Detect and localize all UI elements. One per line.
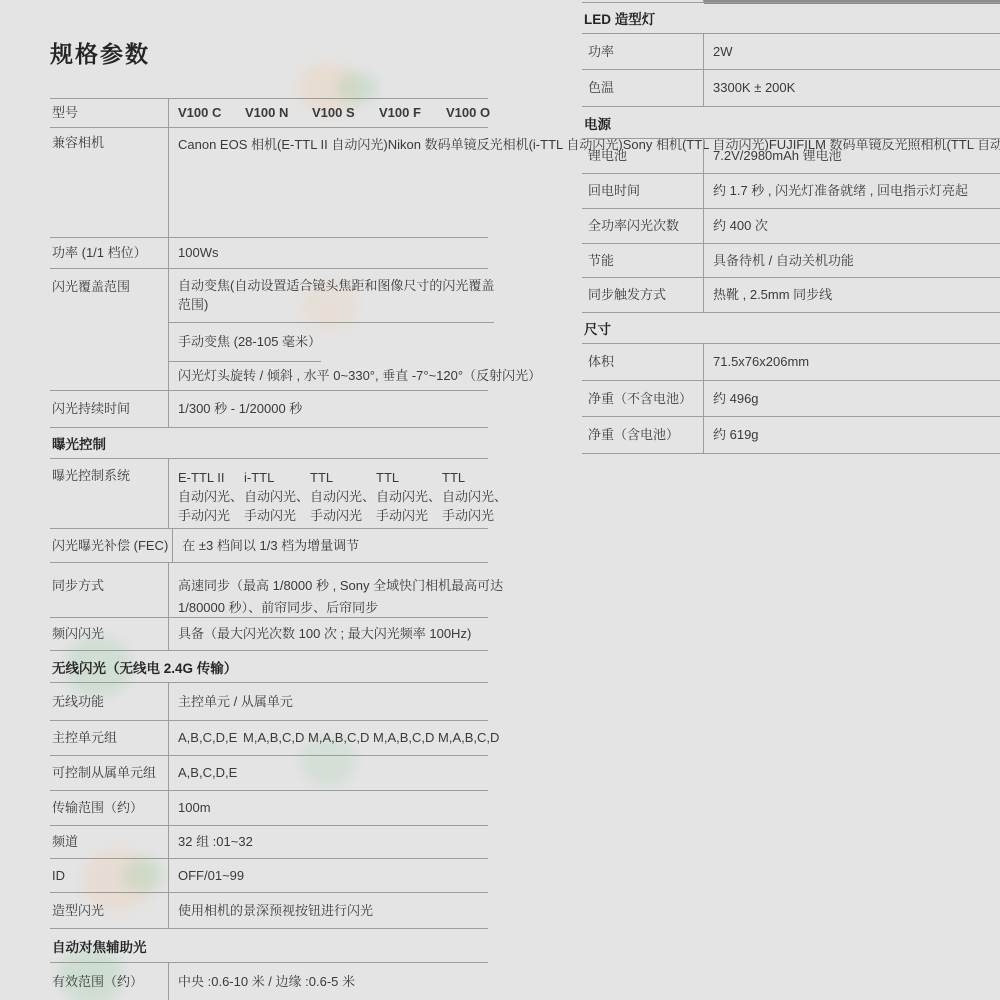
id-value: OFF/01~99 (169, 859, 488, 892)
flash-duration-label: 闪光持续时间 (50, 391, 169, 427)
exposure-col-ttl-f: TTL自动闪光、手动闪光 (376, 468, 442, 525)
master-groups-n: M,A,B,C,D (243, 730, 308, 746)
row-volume: 体积 71.5x76x206mm (582, 344, 1000, 381)
exposure-col-ittl: i-TTL自动闪光、手动闪光 (244, 468, 310, 525)
row-flash-coverage: 闪光覆盖范围 自动变焦(自动设置适合镜头焦距和图像尺寸的闪光覆盖 范围) 手动变… (50, 269, 488, 391)
section-exposure-control: 曝光控制 (50, 428, 488, 459)
model-v100n: V100 N (245, 105, 312, 121)
net-weight-no-batt-label: 净重（不含电池） (582, 381, 704, 416)
energy-save-label: 节能 (582, 244, 704, 277)
master-groups-c: A,B,C,D,E (178, 730, 243, 746)
battery-label: 锂电池 (582, 139, 704, 173)
row-net-weight-no-batt: 净重（不含电池） 约 496g (582, 381, 1000, 417)
model-v100c: V100 C (178, 105, 245, 121)
transmission-range-value: 100m (169, 791, 488, 825)
row-model: 型号 V100 C V100 N V100 S V100 F V100 O (50, 99, 488, 128)
row-modeling-flash: 造型闪光 使用相机的景深预视按钮进行闪光 (50, 893, 488, 929)
row-net-weight-with-batt: 净重（含电池） 约 619g (582, 417, 1000, 454)
row-strobe-flash: 频闪闪光 具备（最大闪光次数 100 次 ; 最大闪光频率 100Hz) (50, 618, 488, 651)
section-led-modeling-lamp: LED 造型灯 (582, 3, 1000, 34)
row-recycle-time: 回电时间 约 1.7 秒 , 闪光灯准备就绪 , 回电指示灯亮起 (582, 174, 1000, 209)
transmission-range-label: 传输范围（约） (50, 791, 169, 825)
master-groups-value: A,B,C,D,E M,A,B,C,D M,A,B,C,D M,A,B,C,D … (169, 721, 499, 755)
led-power-value: 2W (704, 34, 1000, 69)
recycle-time-value: 约 1.7 秒 , 闪光灯准备就绪 , 回电指示灯亮起 (704, 174, 1000, 208)
power-label: 功率 (1/1 档位） (50, 238, 169, 268)
slave-groups-label: 可控制从属单元组 (50, 756, 169, 790)
energy-save-value: 具备待机 / 自动关机功能 (704, 244, 1000, 277)
recycle-time-label: 回电时间 (582, 174, 704, 208)
master-groups-label: 主控单元组 (50, 721, 169, 755)
model-label: 型号 (50, 99, 169, 127)
id-label: ID (50, 859, 169, 892)
coverage-auto-line1: 自动变焦(自动设置适合镜头焦距和图像尺寸的闪光覆盖 (178, 276, 494, 295)
row-channel: 频道 32 组 :01~32 (50, 826, 488, 859)
slave-groups-value: A,B,C,D,E (169, 756, 488, 790)
row-sync-mode: 同步方式 高速同步（最高 1/8000 秒 , Sony 全域快门相机最高可达 … (50, 563, 488, 618)
row-slave-groups: 可控制从属单元组 A,B,C,D,E (50, 756, 488, 791)
fec-value: 在 ±3 档间以 1/3 档为增量调节 (173, 529, 488, 562)
net-weight-with-batt-label: 净重（含电池） (582, 417, 704, 453)
sync-mode-value: 高速同步（最高 1/8000 秒 , Sony 全域快门相机最高可达 1/800… (169, 563, 503, 617)
battery-value: 7.2V/2980mAh 锂电池 (704, 139, 1000, 173)
row-color-temp: 色温 3300K ± 200K (582, 70, 1000, 107)
exposure-system-label: 曝光控制系统 (50, 459, 169, 528)
color-temp-label: 色温 (582, 70, 704, 106)
row-master-groups: 主控单元组 A,B,C,D,E M,A,B,C,D M,A,B,C,D M,A,… (50, 721, 488, 756)
row-wireless-function: 无线功能 主控单元 / 从属单元 (50, 683, 488, 721)
row-energy-save: 节能 具备待机 / 自动关机功能 (582, 244, 1000, 278)
sync-trigger-label: 同步触发方式 (582, 278, 704, 312)
flash-coverage-label: 闪光覆盖范围 (50, 269, 169, 390)
row-transmission-range: 传输范围（约） 100m (50, 791, 488, 826)
model-values: V100 C V100 N V100 S V100 F V100 O (169, 99, 490, 127)
section-dimensions: 尺寸 (582, 313, 1000, 344)
full-power-flashes-label: 全功率闪光次数 (582, 209, 704, 243)
af-range-value: 中央 :0.6-10 米 / 边缘 :0.6-5 米 (169, 963, 488, 1000)
modeling-flash-value: 使用相机的景深预视按钮进行闪光 (169, 893, 488, 928)
section-wireless-flash: 无线闪光（无线电 2.4G 传输） (50, 651, 488, 683)
strobe-flash-label: 频闪闪光 (50, 618, 169, 650)
sync-line1: 高速同步（最高 1/8000 秒 , Sony 全域快门相机最高可达 (178, 575, 503, 597)
volume-label: 体积 (582, 344, 704, 380)
coverage-head-rotation: 闪光灯头旋转 / 倾斜 , 水平 0~330°, 垂直 -7°~120°（反射闪… (169, 362, 541, 390)
row-flash-duration: 闪光持续时间 1/300 秒 - 1/20000 秒 (50, 391, 488, 428)
model-v100f: V100 F (379, 105, 446, 121)
strobe-flash-value: 具备（最大闪光次数 100 次 ; 最大闪光频率 100Hz) (169, 618, 488, 650)
coverage-manual-zoom: 手动变焦 (28-105 毫米） (169, 323, 321, 363)
power-value: 100Ws (169, 238, 488, 268)
exposure-col-ttl-s: TTL自动闪光、手动闪光 (310, 468, 376, 525)
flash-duration-value: 1/300 秒 - 1/20000 秒 (169, 391, 488, 427)
row-battery: 锂电池 7.2V/2980mAh 锂电池 (582, 139, 1000, 174)
exposure-system-value: E-TTL II自动闪光、手动闪光 i-TTL自动闪光、手动闪光 TTL自动闪光… (169, 459, 507, 528)
row-id: ID OFF/01~99 (50, 859, 488, 893)
compatible-cameras-label: 兼容相机 (50, 128, 169, 237)
fec-label: 闪光曝光补偿 (FEC) (50, 529, 173, 562)
row-full-power-flashes: 全功率闪光次数 约 400 次 (582, 209, 1000, 244)
wireless-function-label: 无线功能 (50, 683, 169, 720)
full-power-flashes-value: 约 400 次 (704, 209, 1000, 243)
net-weight-no-batt-value: 约 496g (704, 381, 1000, 416)
section-af-assist: 自动对焦辅助光 (50, 929, 488, 963)
row-power: 功率 (1/1 档位） 100Ws (50, 238, 488, 269)
net-weight-with-batt-value: 约 619g (704, 417, 1000, 453)
channel-label: 频道 (50, 826, 169, 858)
channel-value: 32 组 :01~32 (169, 826, 488, 858)
exposure-col-ettl: E-TTL II自动闪光、手动闪光 (178, 468, 244, 525)
row-exposure-system: 曝光控制系统 E-TTL II自动闪光、手动闪光 i-TTL自动闪光、手动闪光 … (50, 459, 488, 529)
right-spec-table: LED 造型灯 功率 2W 色温 3300K ± 200K 电源 锂电池 7.2… (582, 2, 1000, 454)
led-power-label: 功率 (582, 34, 704, 69)
row-af-range: 有效范围（约） 中央 :0.6-10 米 / 边缘 :0.6-5 米 (50, 963, 488, 1000)
flash-coverage-value: 自动变焦(自动设置适合镜头焦距和图像尺寸的闪光覆盖 范围) 手动变焦 (28-1… (169, 269, 541, 390)
modeling-flash-label: 造型闪光 (50, 893, 169, 928)
coverage-auto-line2: 范围) (178, 295, 494, 314)
sync-mode-label: 同步方式 (50, 563, 169, 617)
model-v100s: V100 S (312, 105, 379, 121)
color-temp-value: 3300K ± 200K (704, 70, 1000, 106)
coverage-auto-zoom: 自动变焦(自动设置适合镜头焦距和图像尺寸的闪光覆盖 范围) (169, 269, 494, 323)
sync-line2: 1/80000 秒）、前帘同步、后帘同步 (178, 597, 503, 619)
spec-page: 规格参数 型号 V100 C V100 N V100 S V100 F V100… (0, 0, 1000, 1000)
page-title: 规格参数 (50, 36, 150, 69)
row-sync-trigger: 同步触发方式 热靴 , 2.5mm 同步线 (582, 278, 1000, 313)
master-groups-f: M,A,B,C,D (373, 730, 438, 746)
master-groups-o: M,A,B,C,D (438, 730, 499, 746)
left-spec-table: 型号 V100 C V100 N V100 S V100 F V100 O 兼容… (50, 98, 488, 1000)
section-power-supply: 电源 (582, 107, 1000, 139)
row-led-power: 功率 2W (582, 34, 1000, 70)
model-v100o: V100 O (446, 105, 490, 121)
sync-trigger-value: 热靴 , 2.5mm 同步线 (704, 278, 1000, 312)
af-range-label: 有效范围（约） (50, 963, 169, 1000)
master-groups-s: M,A,B,C,D (308, 730, 373, 746)
row-compatible-cameras: 兼容相机 Canon EOS 相机(E-TTL II 自动闪光) Nikon 数… (50, 128, 488, 238)
wireless-function-value: 主控单元 / 从属单元 (169, 683, 488, 720)
volume-value: 71.5x76x206mm (704, 344, 1000, 380)
compat-canon: Canon EOS 相机(E-TTL II 自动闪光) (178, 135, 388, 155)
row-fec: 闪光曝光补偿 (FEC) 在 ±3 档间以 1/3 档为增量调节 (50, 529, 488, 563)
exposure-col-ttl-o: TTL自动闪光、手动闪光 (442, 468, 507, 525)
